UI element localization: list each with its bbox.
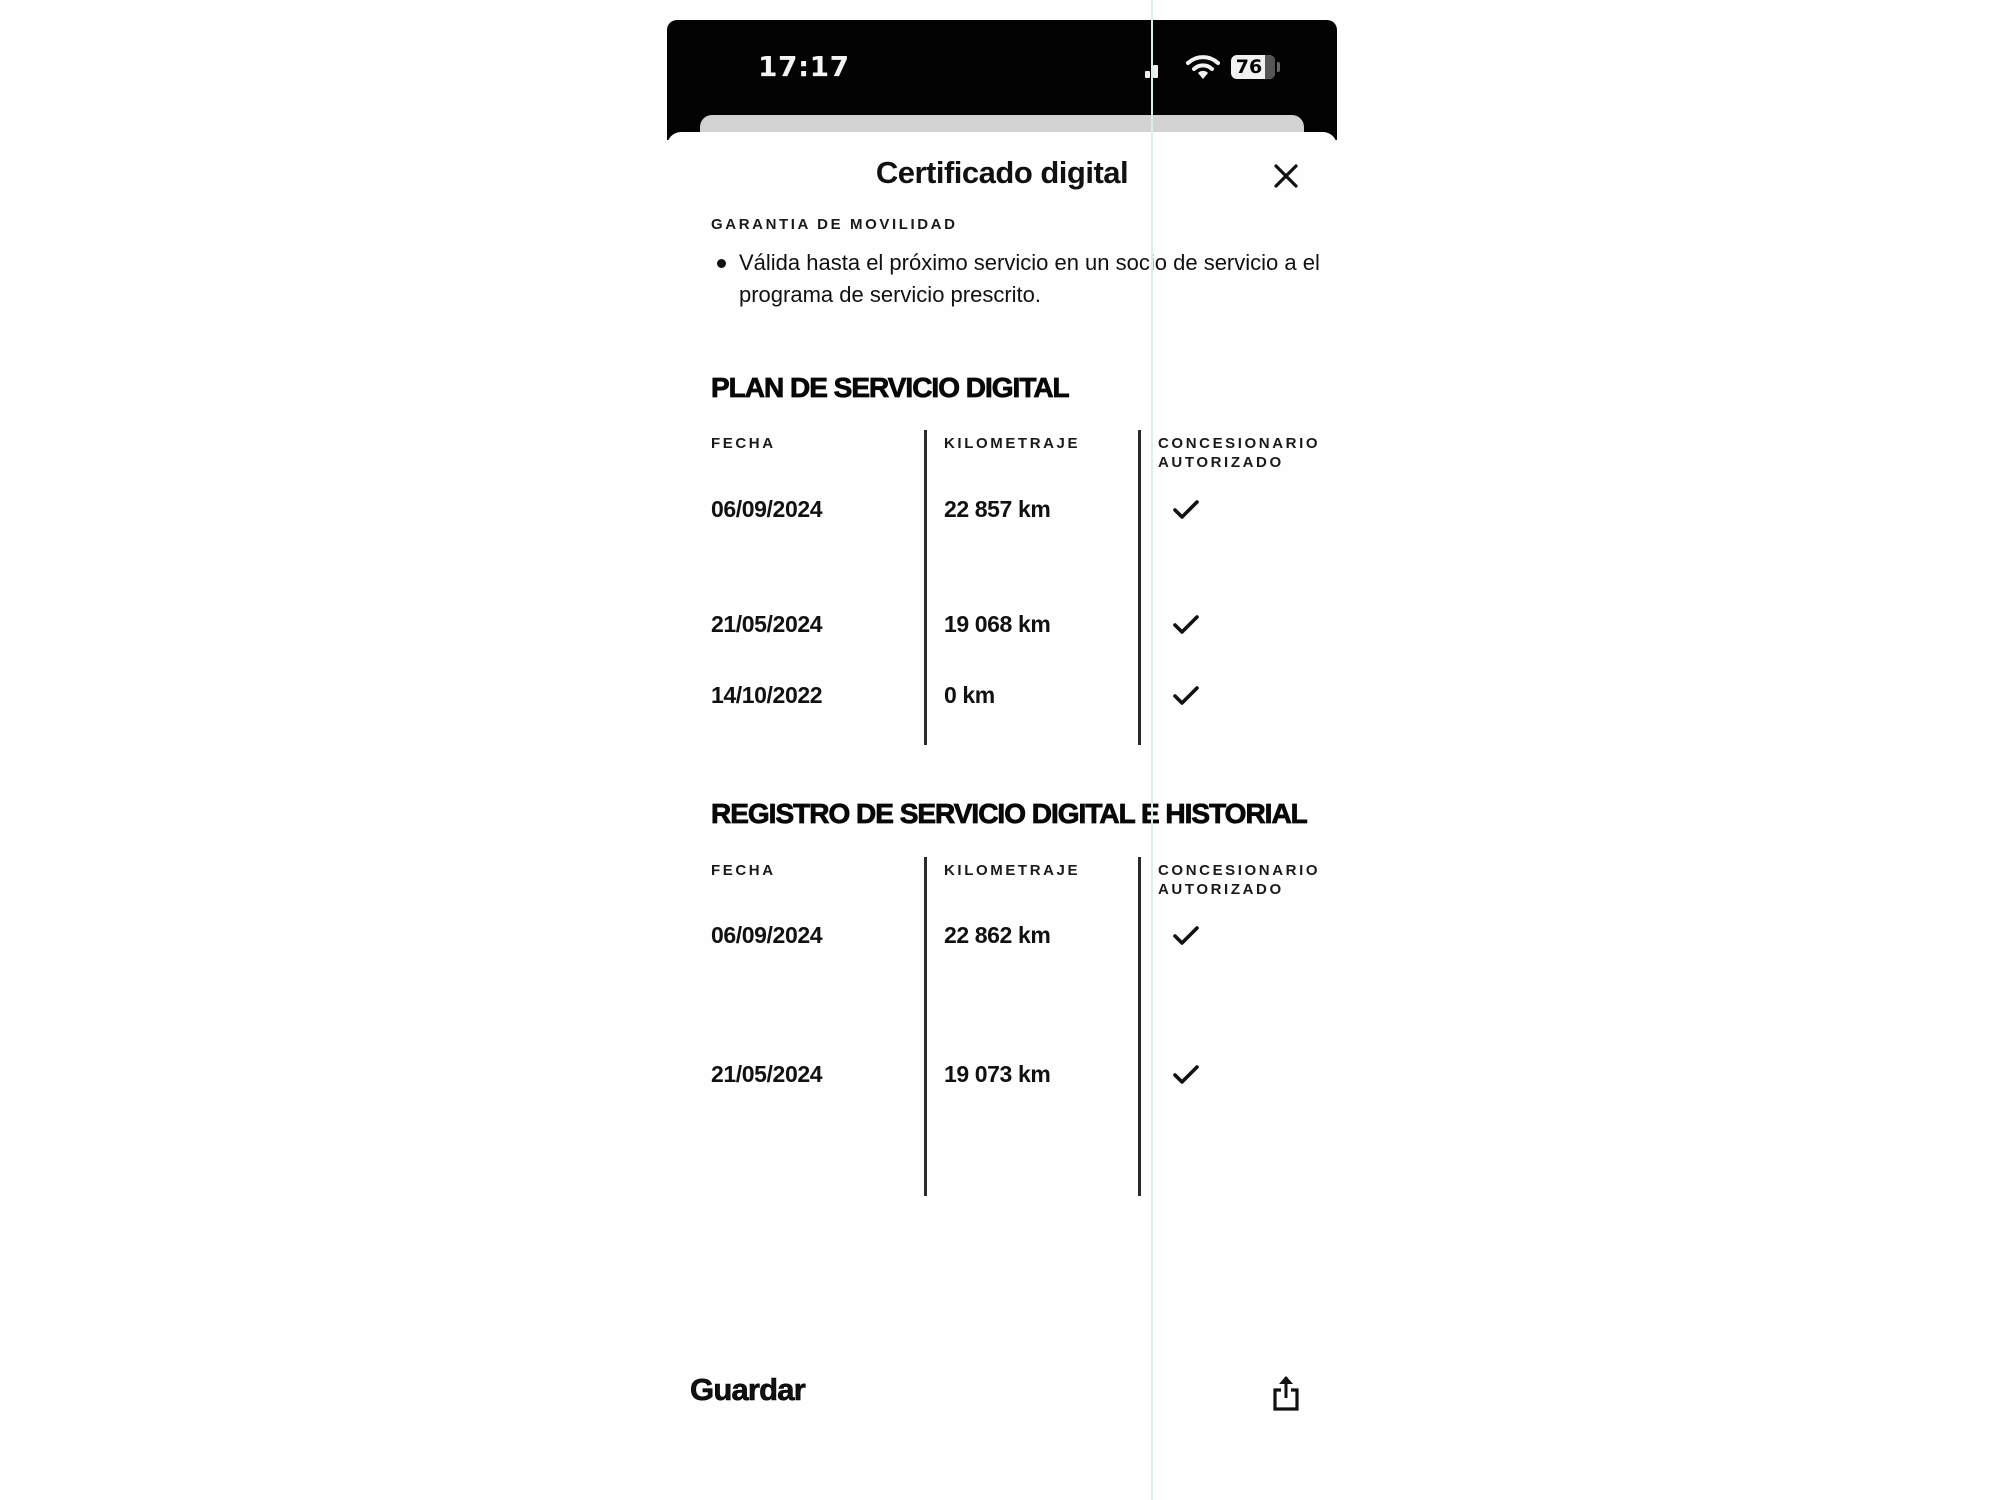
garantia-bullet-text: Válida hasta el próximo servicio en un s… bbox=[739, 247, 1349, 311]
column-divider bbox=[1138, 857, 1141, 1196]
wifi-icon bbox=[1186, 54, 1220, 80]
cellular-signal-icon bbox=[1143, 64, 1163, 78]
save-button[interactable]: Guardar bbox=[690, 1372, 805, 1408]
column-divider bbox=[1138, 430, 1141, 745]
table-cell-kilometraje: 19 068 km bbox=[944, 611, 1050, 638]
column-header: KILOMETRAJE bbox=[944, 861, 1080, 880]
table-cell-fecha: 21/05/2024 bbox=[711, 1061, 822, 1088]
column-header: CONCESIONARIO AUTORIZADO bbox=[1158, 861, 1338, 899]
checkmark-icon bbox=[1172, 924, 1200, 948]
checkmark-icon bbox=[1172, 498, 1200, 522]
plan-section-title: PLAN DE SERVICIO DIGITAL bbox=[711, 372, 1069, 404]
battery-tip bbox=[1277, 62, 1280, 72]
table-cell-kilometraje: 19 073 km bbox=[944, 1061, 1050, 1088]
bullet-icon bbox=[717, 259, 726, 268]
checkmark-icon bbox=[1172, 613, 1200, 637]
table-cell-fecha: 06/09/2024 bbox=[711, 496, 822, 523]
scan-artifact-line bbox=[1151, 0, 1153, 1500]
table-cell-kilometraje: 0 km bbox=[944, 682, 995, 709]
sheet-title: Certificado digital bbox=[667, 155, 1337, 191]
column-header: FECHA bbox=[711, 434, 776, 453]
battery-empty-segment bbox=[1265, 55, 1275, 79]
table-cell-kilometraje: 22 857 km bbox=[944, 496, 1050, 523]
column-divider bbox=[924, 857, 927, 1196]
close-icon[interactable] bbox=[1270, 160, 1302, 192]
share-icon[interactable] bbox=[1272, 1374, 1300, 1412]
table-cell-fecha: 06/09/2024 bbox=[711, 922, 822, 949]
status-time: 17:17 bbox=[758, 50, 850, 83]
battery-percent: 76 bbox=[1231, 55, 1267, 79]
checkmark-icon bbox=[1172, 1063, 1200, 1087]
column-divider bbox=[924, 430, 927, 745]
column-header: FECHA bbox=[711, 861, 776, 880]
table-cell-kilometraje: 22 862 km bbox=[944, 922, 1050, 949]
registro-section-title: REGISTRO DE SERVICIO DIGITAL E HISTORIAL bbox=[711, 798, 1307, 830]
garantia-label: GARANTIA DE MOVILIDAD bbox=[711, 216, 958, 233]
table-cell-fecha: 21/05/2024 bbox=[711, 611, 822, 638]
column-header: CONCESIONARIO AUTORIZADO bbox=[1158, 434, 1338, 472]
checkmark-icon bbox=[1172, 684, 1200, 708]
battery-icon: 76 bbox=[1231, 55, 1275, 79]
table-cell-fecha: 14/10/2022 bbox=[711, 682, 822, 709]
column-header: KILOMETRAJE bbox=[944, 434, 1080, 453]
